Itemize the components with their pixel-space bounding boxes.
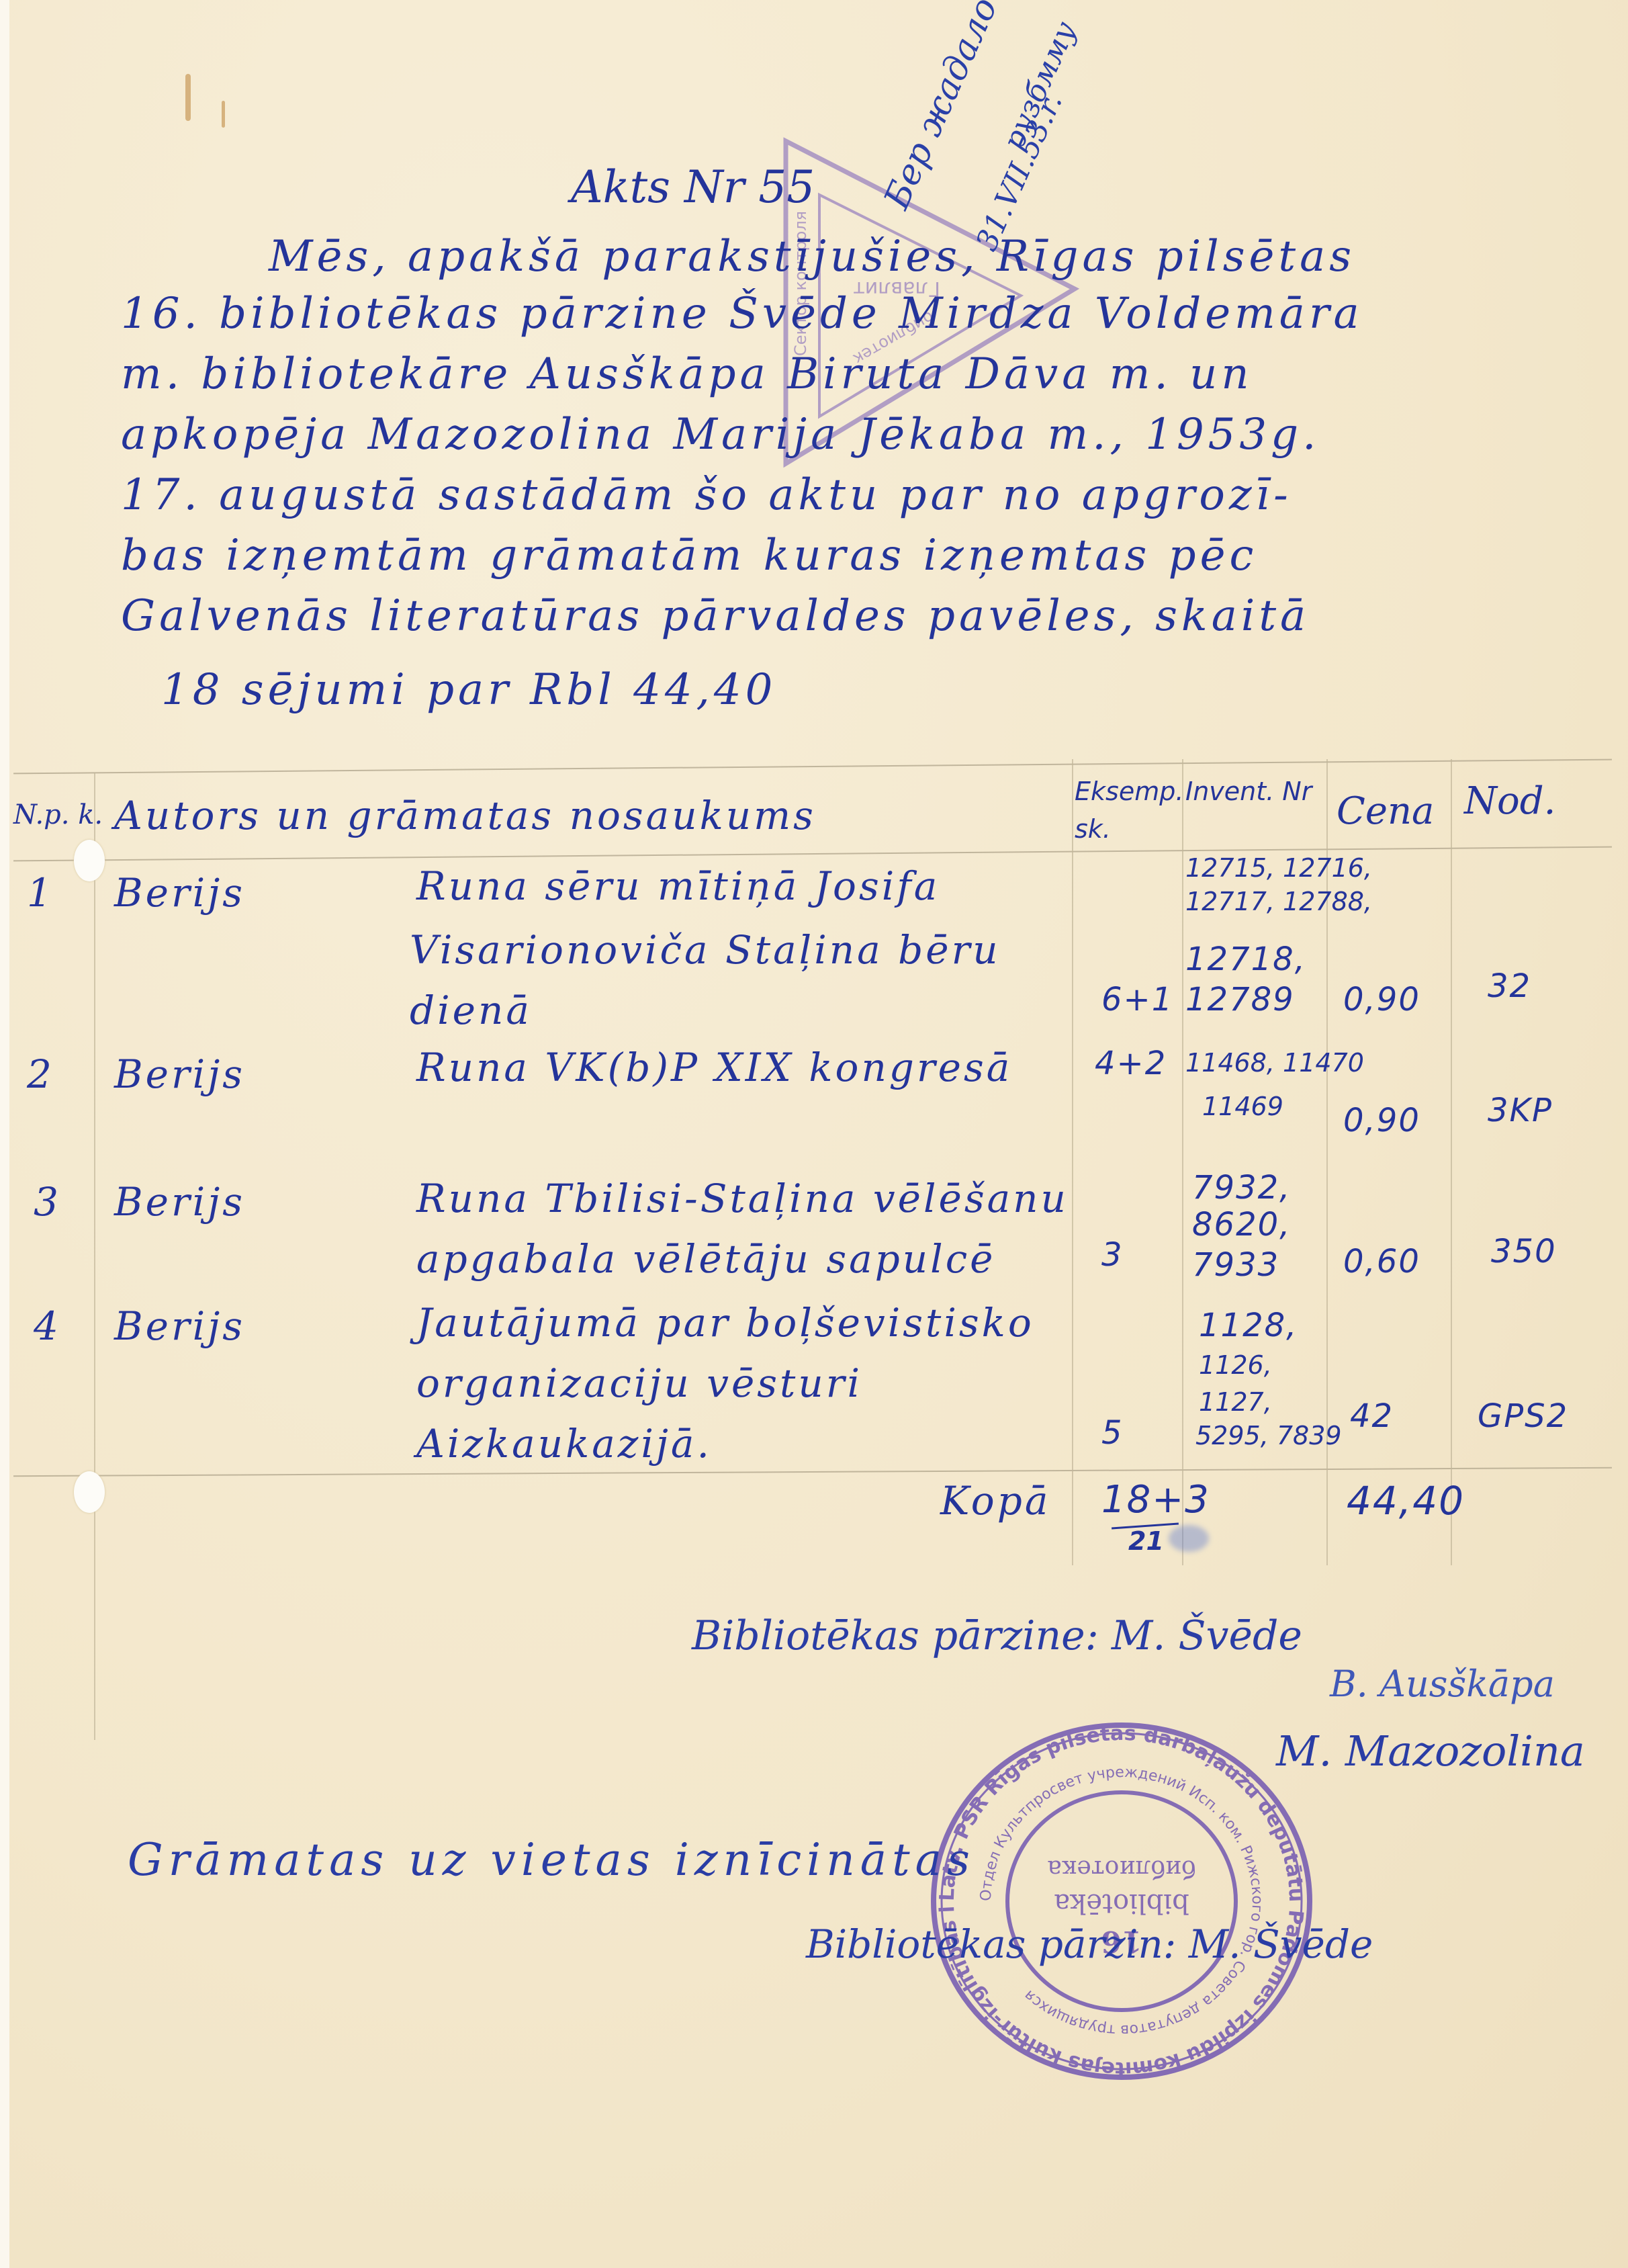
price: 42 [1350,1397,1394,1435]
punch-hole [74,1471,105,1513]
head-librarian-signature-2: Bibliotēkas pārzin: M. Švēde [806,1921,1373,1967]
header-price: Cena [1337,789,1434,833]
code: 350 [1491,1233,1557,1270]
head-librarian-signature: Bibliotēkas pārzine: M. Švēde [692,1612,1302,1659]
book-title: Jautājumā par boļševistisko [416,1300,1034,1346]
author: Berijs [114,1303,245,1349]
document-title: Akts Nr 55 [571,161,815,213]
librarian-signature: B. Ausškāpa [1330,1663,1555,1705]
code: GPS2 [1478,1397,1568,1435]
total-copies: 18+3 [1101,1478,1210,1522]
body-line-total: 18 sējumi par Rbl 44,40 [161,665,776,715]
price: 0,60 [1343,1243,1420,1280]
staple-mark [222,101,225,128]
header-code: Nod. [1464,779,1555,823]
punch-hole [74,840,105,881]
body-line: Galvenās literatūras pārvaldes pavēles, … [121,591,1310,641]
code: 32 [1488,967,1531,1005]
body-line: apkopēja Mazozolina Marija Jēkaba m., 19… [121,410,1320,460]
body-line: m. bibliotekāre Ausškāpa Biruta Dāva m. … [121,349,1253,399]
svg-text:библиотека: библиотека [1047,1855,1195,1882]
round-official-stamp: Latv. PSR Rīgas pilsētas darbaļaužu depu… [927,1720,1316,2083]
page-edge [0,0,9,2268]
book-title: Runa Tbilisi-Staļina vēlēšanu [416,1176,1069,1221]
body-line: Mēs, apakšā parakstījušies, Rīgas pilsēt… [269,232,1355,281]
destroyed-note: Grāmatas uz vietas iznīcinātas [128,1834,975,1886]
header-author-title: Autors un grāmatas nosaukums [114,793,816,838]
body-line: 16. bibliotēkas pārzine Švēde Mirdza Vol… [121,289,1363,339]
header-np: N.p. k. [13,799,103,830]
author: Berijs [114,870,245,916]
price: 0,90 [1343,981,1420,1018]
cleaner-signature: M. Mazozolina [1276,1727,1585,1776]
ink-blot [1169,1525,1209,1552]
author: Berijs [114,1051,245,1097]
author: Berijs [114,1179,245,1225]
total-price: 44,40 [1347,1478,1465,1524]
header-inventory: Invent. Nr [1185,773,1320,810]
code: 3KP [1488,1092,1553,1129]
svg-text:bibliotēka: bibliotēka [1054,1888,1189,1919]
body-line: 17. augustā sastādām šo aktu par no apgr… [121,470,1292,520]
total-copies-corrected: 21 [1128,1526,1164,1556]
header-copies: Eksemp. sk. [1075,773,1175,848]
book-title: Runa VK(b)P XIX kongresā [416,1045,1012,1090]
body-line: bas izņemtām grāmatām kuras izņemtas pēc [121,531,1257,580]
book-title: Runa sēru mītiņā Josifa [416,863,940,909]
staple-mark [185,74,191,121]
total-label: Kopā [940,1478,1050,1524]
price: 0,90 [1343,1102,1420,1139]
